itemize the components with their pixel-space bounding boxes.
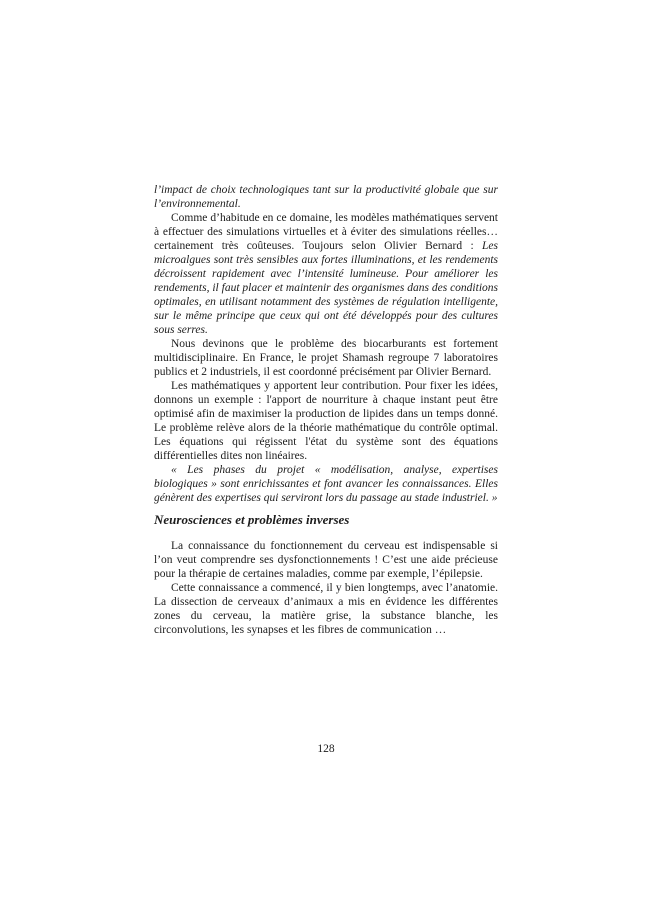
body-text: Les mathématiques y apportent leur contr… [154,380,498,462]
page-number: 128 [154,742,498,756]
paragraph: Comme d’habitude en ce domaine, les modè… [154,211,498,337]
body-text: Nous devinons que le problème des biocar… [154,338,498,378]
paragraph: l’impact de choix technologiques tant su… [154,183,498,211]
paragraph: La connaissance du fonctionnement du cer… [154,539,498,581]
body-text: La connaissance du fonctionnement du cer… [154,540,498,580]
paragraph: Nous devinons que le problème des biocar… [154,337,498,379]
paragraph: Les mathématiques y apportent leur contr… [154,379,498,463]
body-text: Cette connaissance a commencé, il y bien… [154,582,498,636]
book-page: l’impact de choix technologiques tant su… [0,0,650,920]
italic-text: Les microalgues sont très sensibles aux … [154,240,498,336]
paragraph: Cette connaissance a commencé, il y bien… [154,581,498,637]
body-text: Comme d’habitude en ce domaine, les modè… [154,212,498,252]
section-heading: Neurosciences et problèmes inverses [154,512,498,527]
page-text: l’impact de choix technologiques tant su… [154,183,498,637]
italic-text: l’impact de choix technologiques tant su… [154,184,498,210]
italic-text: « Les phases du projet « modélisation, a… [154,464,498,504]
paragraph: « Les phases du projet « modélisation, a… [154,463,498,505]
